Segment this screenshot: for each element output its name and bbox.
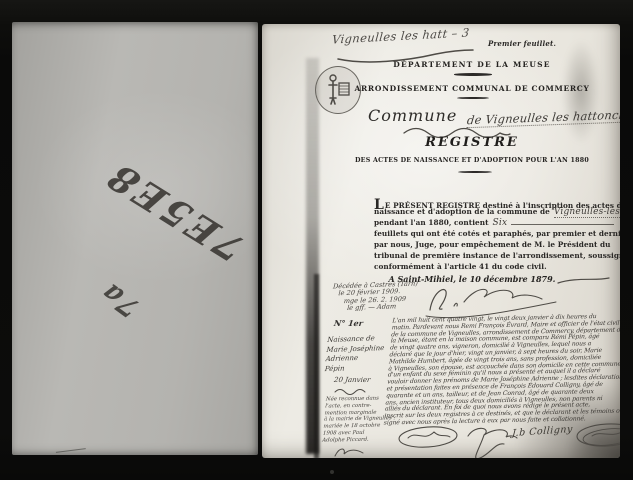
margin-note-line: Adolphe Piccard. bbox=[322, 436, 387, 444]
death-margin-note: Décédée à Castres (Tarn)le 20 février 19… bbox=[331, 280, 418, 313]
declaration-text: tribunal de première instance de l'arron… bbox=[374, 251, 620, 260]
commune-line: Commune de Vigneulles les hattonchatel bbox=[368, 106, 620, 125]
margin-title-line: Pépin bbox=[324, 363, 385, 375]
second-witness-signature bbox=[574, 422, 620, 452]
bottom-speck bbox=[330, 470, 334, 474]
mayor-signature bbox=[460, 422, 520, 458]
register-scan: 7E5E8 7a Vigneulles les hatt – 3 Premier… bbox=[0, 0, 633, 480]
declaration-text: naissance et d'adoption de la commune de bbox=[374, 207, 550, 216]
sheet-count-handwritten: Six bbox=[493, 218, 508, 228]
margin-divider-squiggle bbox=[334, 387, 368, 395]
cover-scuff-mark bbox=[56, 448, 86, 456]
act-margin-note: Née reconnue dansl'acte, en contre-menti… bbox=[322, 395, 390, 444]
act-margin-date: 20 Janvier bbox=[334, 376, 371, 384]
act-body-text: L'an mil huit cent quatre vingt, le ving… bbox=[383, 313, 620, 427]
death-note-line: le gff. — Adam bbox=[347, 303, 416, 313]
declaration-line: conformément à l'article 41 du code civi… bbox=[374, 262, 616, 271]
commune-insert-handwritten: Vigneulles-les-hattos. bbox=[554, 207, 620, 218]
declaration-line: par nous, Juge, pour empêchement de M. l… bbox=[374, 240, 616, 249]
binding-shadow-lower bbox=[314, 274, 319, 458]
margin-note-signature bbox=[332, 444, 366, 458]
register-title: REGISTRE bbox=[352, 135, 592, 150]
divider-rule bbox=[457, 97, 489, 99]
dateline-flourish bbox=[558, 276, 610, 286]
declaration-line: tribunal de première instance de l'arron… bbox=[374, 251, 616, 260]
act-number: N° 1er bbox=[333, 318, 363, 328]
blank-rule bbox=[511, 218, 614, 225]
first-leaf-label: Premier feuillet. bbox=[488, 39, 556, 48]
department-heading: DÉPARTEMENT DE LA MEUSE bbox=[352, 60, 592, 69]
commune-handwritten-value: de Vigneulles les hattonchatel bbox=[467, 107, 620, 128]
cover-archive-number: 7E5E8 bbox=[96, 154, 254, 270]
declaration-text: pendant l'an 1880, contient bbox=[374, 218, 489, 227]
header-handwritten-note: Vigneulles les hatt – 3 bbox=[331, 25, 470, 46]
declaration-line: pendant l'an 1880, contient Six bbox=[374, 218, 616, 228]
act-margin-title: Naissance deMarie JoséphineAdriennePépin bbox=[324, 334, 387, 375]
arrondissement-heading: ARRONDISSEMENT COMMUNAL DE COMMERCY bbox=[352, 84, 592, 93]
cover-archive-suffix: 7a bbox=[93, 276, 146, 323]
divider-rule bbox=[458, 171, 492, 173]
book-cover: 7E5E8 7a bbox=[12, 22, 258, 455]
register-page: Vigneulles les hatt – 3 Premier feuillet… bbox=[262, 24, 620, 458]
stamp-figure-icon bbox=[321, 71, 355, 107]
declaration-text: conformément à l'article 41 du code civi… bbox=[374, 262, 547, 271]
register-subtitle: DES ACTES DE NAISSANCE ET D'ADOPTION POU… bbox=[352, 157, 592, 164]
declaration-line: feuillets qui ont été cotés et paraphés,… bbox=[374, 229, 616, 238]
divider-rule bbox=[454, 73, 492, 76]
commune-label: Commune bbox=[368, 106, 457, 125]
declaration-text: feuillets qui ont été cotés et paraphés,… bbox=[374, 229, 620, 238]
declaration-text: par nous, Juge, pour empêchement de M. l… bbox=[374, 240, 611, 249]
declaration-line: naissance et d'adoption de la commune de… bbox=[374, 207, 616, 218]
declarant-signature bbox=[394, 424, 464, 454]
